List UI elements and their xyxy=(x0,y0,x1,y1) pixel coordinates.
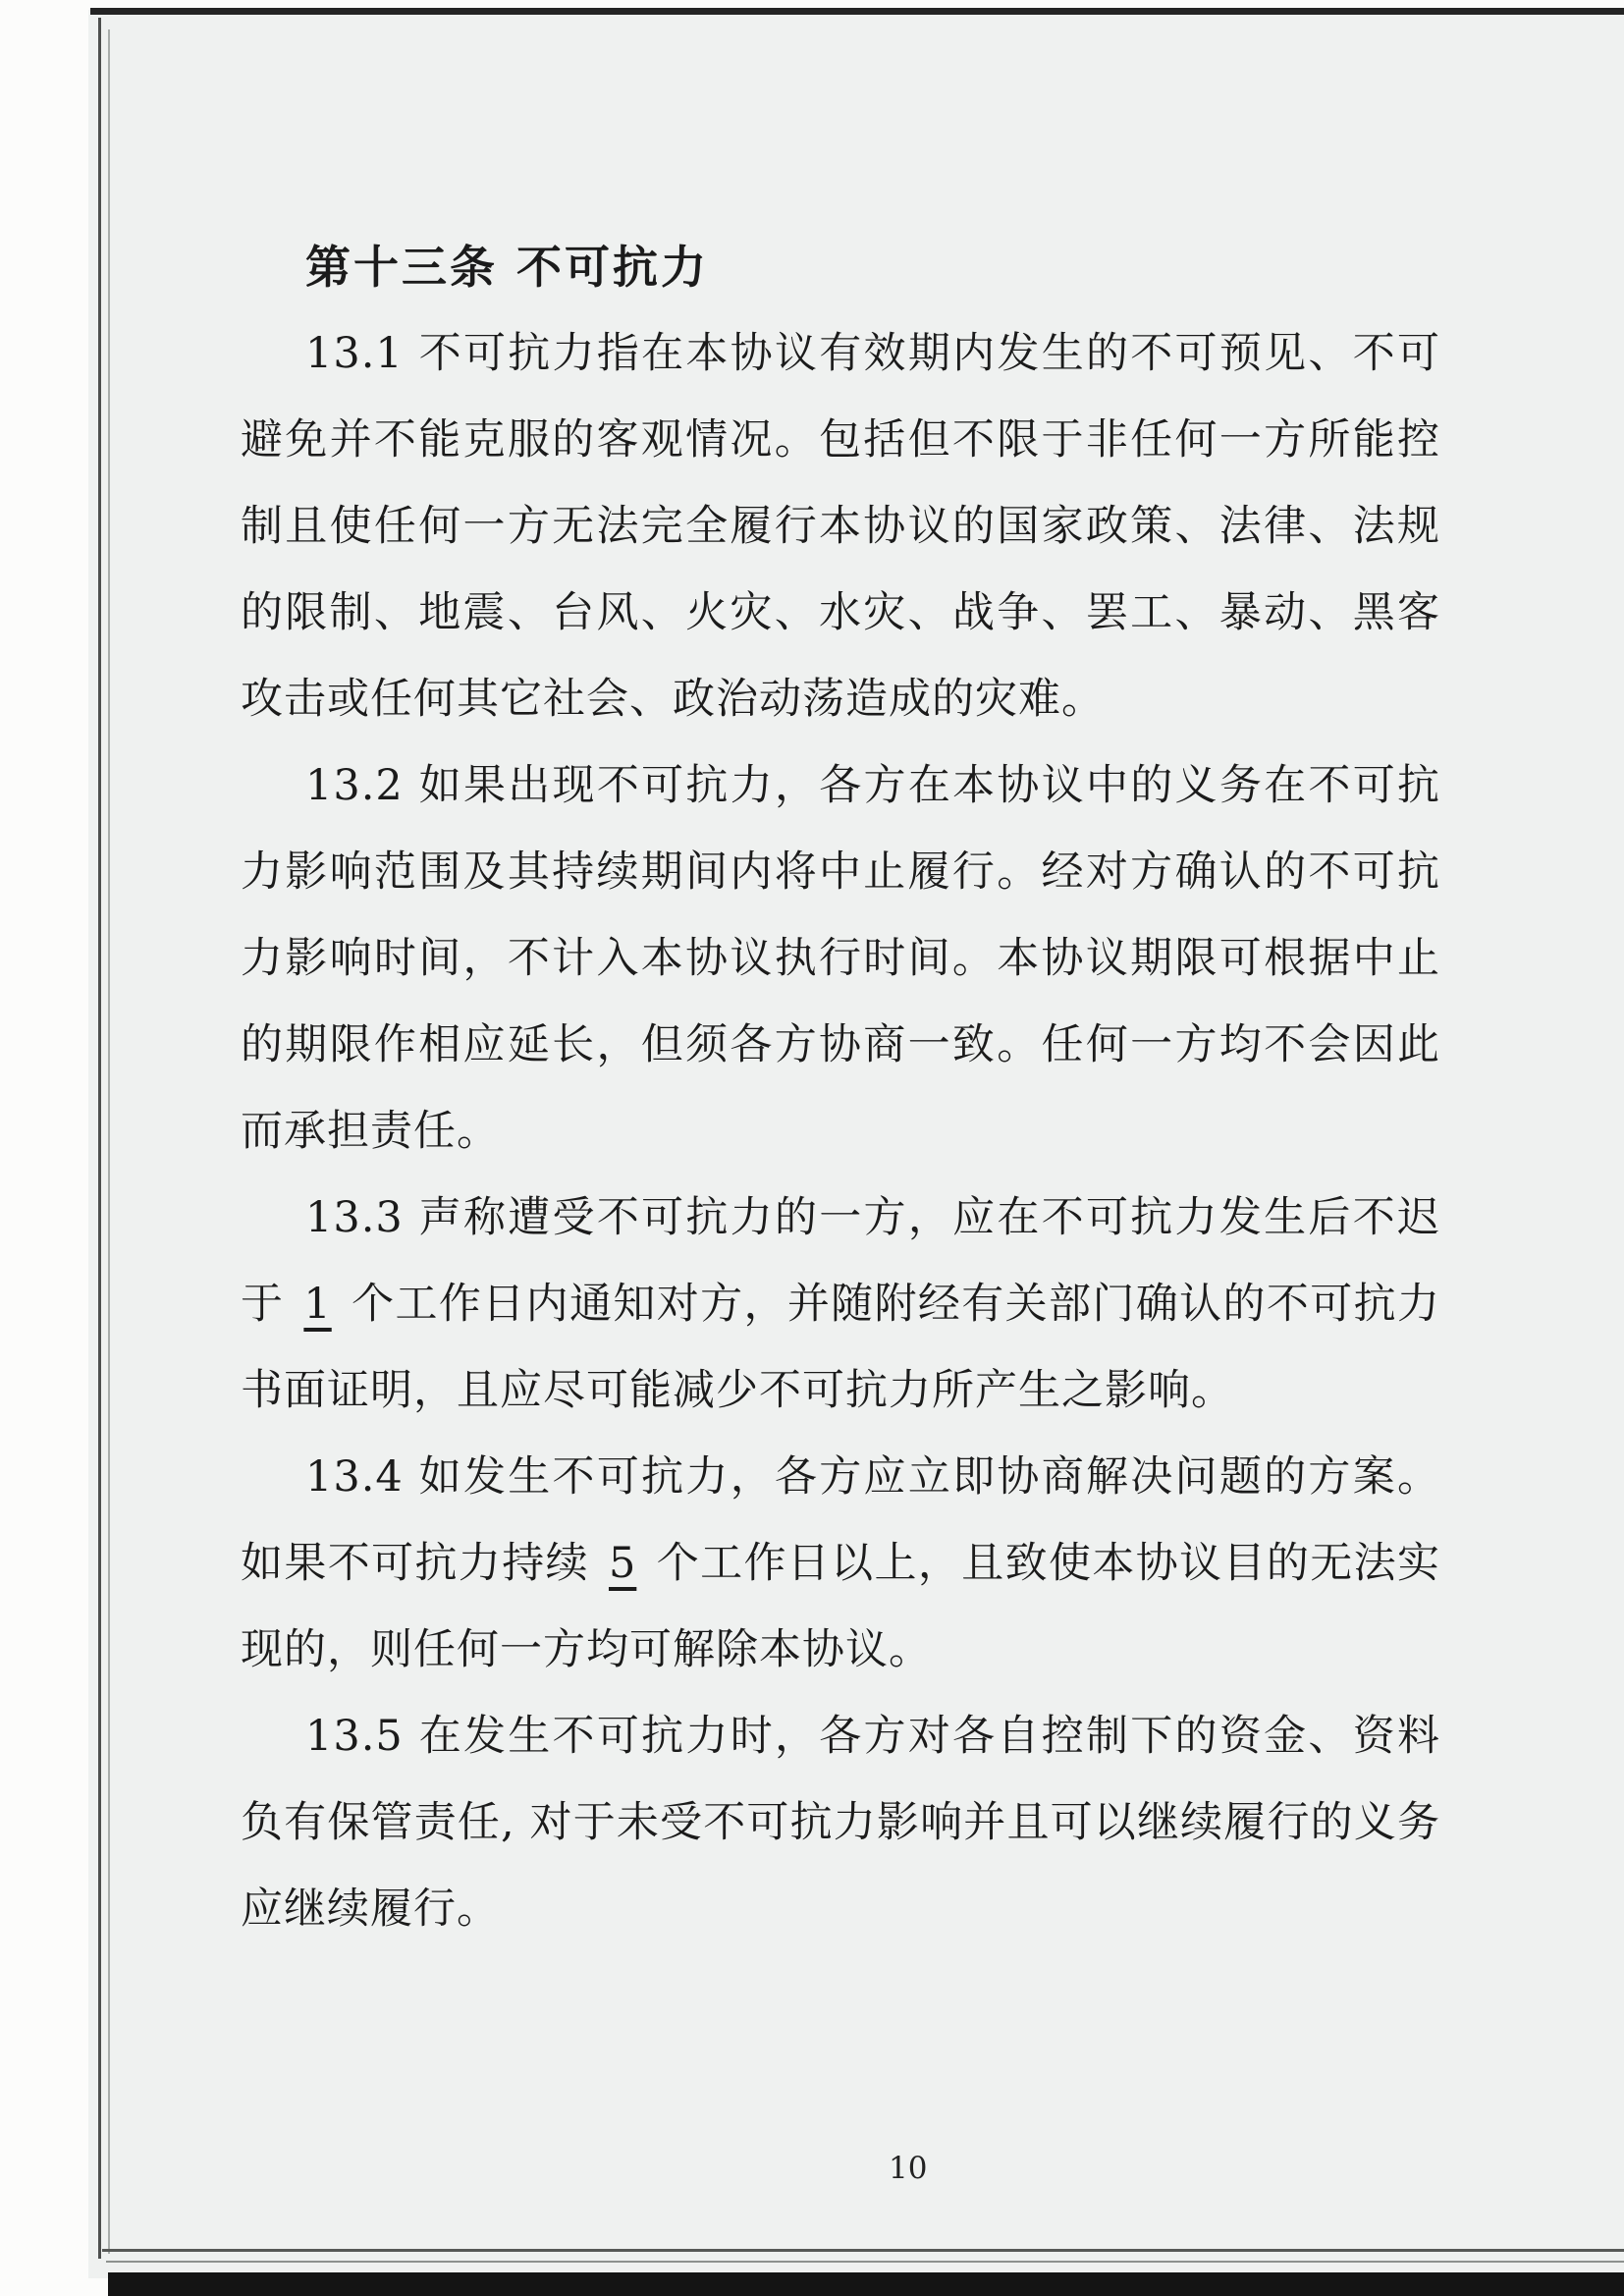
clause-13-5: 13.5 在发生不可抗力时，各方对各自控制下的资金、资料负有保管责任, 对于未受… xyxy=(241,1693,1440,1952)
filled-blank-duration-days: 5 xyxy=(595,1539,650,1588)
scan-edge-left-line xyxy=(98,18,101,2259)
scan-edge-bottom-strip xyxy=(108,2272,1624,2296)
clause-13-1: 13.1 不可抗力指在本协议有效期内发生的不可预见、不可避免并不能克服的客观情况… xyxy=(241,310,1440,742)
scan-edge-bottom-line xyxy=(102,2249,1624,2252)
clause-13-2: 13.2 如果出现不可抗力，各方在本协议中的义务在不可抗力影响范围及其持续期间内… xyxy=(241,742,1440,1175)
clause-13-3: 13.3 声称遭受不可抗力的一方，应在不可抗力发生后不迟于1个工作日内通知对方，… xyxy=(241,1175,1440,1434)
scanned-contract-page: 第十三条 不可抗力 13.1 不可抗力指在本协议有效期内发生的不可预见、不可避免… xyxy=(0,0,1624,2296)
clause-13-4: 13.4 如发生不可抗力，各方应立即协商解决问题的方案。如果不可抗力持续5个工作… xyxy=(241,1434,1440,1693)
article-title: 第十三条 不可抗力 xyxy=(305,224,1440,310)
document-body: 第十三条 不可抗力 13.1 不可抗力指在本协议有效期内发生的不可预见、不可避免… xyxy=(241,224,1440,1952)
filled-blank-notice-days: 1 xyxy=(290,1280,345,1329)
scan-edge-left-line-faint xyxy=(108,29,110,2254)
scan-edge-bottom-line-faint xyxy=(106,2261,1624,2263)
page-number: 10 xyxy=(889,2149,927,2188)
scan-edge-top xyxy=(90,8,1624,15)
clause-13-3-text-post: 个工作日内通知对方，并随附经有关部门确认的不可抗力书面证明，且应尽可能减少不可抗… xyxy=(241,1280,1440,1415)
